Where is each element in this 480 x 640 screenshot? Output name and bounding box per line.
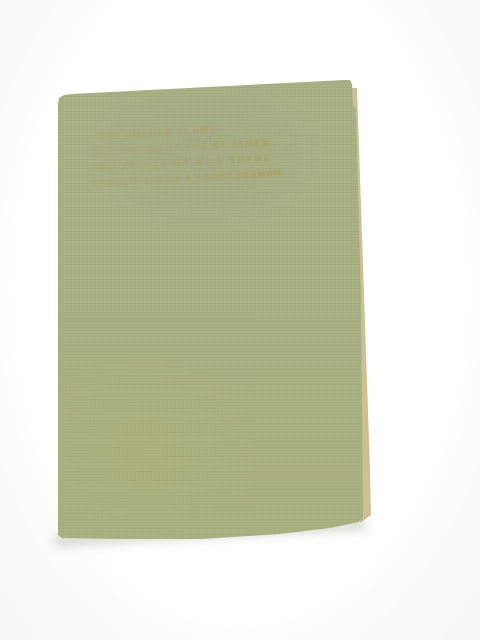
photo-canvas: THE GOLDEN FLAME THE CRUISE OF THE ST JA…	[0, 0, 480, 640]
